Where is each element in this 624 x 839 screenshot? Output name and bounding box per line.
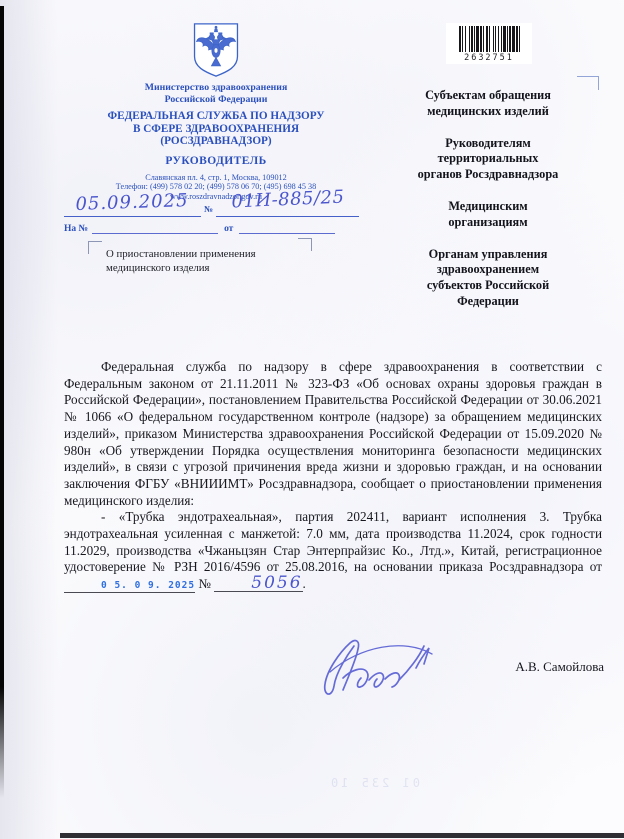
order-number-sign: №: [198, 576, 211, 591]
ministry-name-line2: Российской Федерации: [60, 94, 372, 106]
addressee-line: Руководителям: [396, 136, 580, 152]
subject-line1: О приостановлении применения: [106, 248, 306, 262]
addressee-group-2: Руководителям территориальных органов Ро…: [396, 136, 580, 183]
addressee-line: организациям: [396, 215, 580, 231]
subject-line2: медицинского изделия: [106, 262, 306, 276]
addressee-corner-bracket: [577, 76, 599, 90]
reply-reference-row: На №от: [64, 223, 360, 234]
body-paragraph-1: Федеральная служба по надзору в сфере зд…: [64, 359, 602, 509]
addressee-group-4: Органам управления здравоохранением субъ…: [396, 247, 580, 310]
addressee-line: медицинских изделий: [396, 104, 580, 120]
service-name-line3: (РОСЗДРАВНАДЗОР): [60, 135, 372, 148]
reply-date-blank: [239, 223, 335, 234]
number-underline: [216, 216, 359, 217]
addressee-line: территориальных: [396, 151, 580, 167]
letter-body: Федеральная служба по надзору в сфере зд…: [64, 359, 602, 593]
addressee-line: Медицинским: [396, 199, 580, 215]
signer-name: А.В. Самойлова: [492, 659, 604, 675]
ink-bleedthrough-artifact: 01 235 10: [270, 776, 420, 790]
handwritten-letter-date: 05.09.2025: [64, 190, 201, 216]
reply-number-blank: [92, 223, 218, 234]
postal-address: Славянская пл. 4, стр. 1, Москва, 109012: [60, 173, 372, 183]
reply-number-label: На №: [64, 224, 88, 234]
order-number-field: 5056: [214, 576, 302, 592]
signer-position: РУКОВОДИТЕЛЬ: [60, 155, 372, 167]
letterhead: Министерство здравоохранения Российской …: [60, 22, 372, 201]
order-date-field: 0 5. 0 9. 2025: [64, 578, 195, 593]
order-date-stamp: 0 5. 0 9. 2025: [101, 580, 195, 591]
addressee-line: здравоохранением: [396, 262, 580, 278]
russian-coat-of-arms-icon: [188, 22, 244, 78]
addressee-line: Федерации: [396, 294, 580, 310]
number-sign-label: №: [204, 204, 213, 214]
scan-edge-left: [0, 6, 4, 798]
addressee-list: Субъектам обращения медицинских изделий …: [396, 88, 580, 326]
subject-corner-bracket-left: [88, 241, 102, 254]
service-name: ФЕДЕРАЛЬНАЯ СЛУЖБА ПО НАДЗОРУ В СФЕРЕ ЗД…: [60, 110, 372, 148]
barcode-number: 2632751: [448, 53, 530, 63]
date-underline: [64, 216, 201, 217]
sentence-period: .: [303, 576, 306, 591]
addressee-line: субъектов Российской: [396, 278, 580, 294]
addressee-group-3: Медицинским организациям: [396, 199, 580, 231]
addressee-line: Органам управления: [396, 247, 580, 263]
handwritten-order-number: 5056: [251, 573, 302, 593]
addressee-line: Субъектам обращения: [396, 88, 580, 104]
body-paragraph-2: - «Трубка эндотрахеальная», партия 20241…: [64, 509, 602, 593]
service-name-line1: ФЕДЕРАЛЬНАЯ СЛУЖБА ПО НАДЗОРУ: [60, 110, 372, 123]
service-name-line2: В СФЕРЕ ЗДРАВООХРАНЕНИЯ: [60, 123, 372, 136]
subject-block: О приостановлении применения медицинског…: [106, 248, 306, 275]
scanned-letter-page: Министерство здравоохранения Российской …: [0, 0, 624, 839]
handwritten-signature: [318, 626, 483, 716]
body-paragraph-2-text: - «Трубка эндотрахеальная», партия 20241…: [64, 509, 602, 574]
reply-from-label: от: [224, 224, 233, 234]
registration-barcode: 2632751: [446, 23, 532, 64]
scan-edge-bottom: [60, 833, 624, 838]
ministry-name-line1: Министерство здравоохранения: [60, 82, 372, 94]
barcode-bars: [448, 26, 530, 52]
addressee-line: органов Росздравнадзора: [396, 167, 580, 183]
addressee-group-1: Субъектам обращения медицинских изделий: [396, 88, 580, 120]
